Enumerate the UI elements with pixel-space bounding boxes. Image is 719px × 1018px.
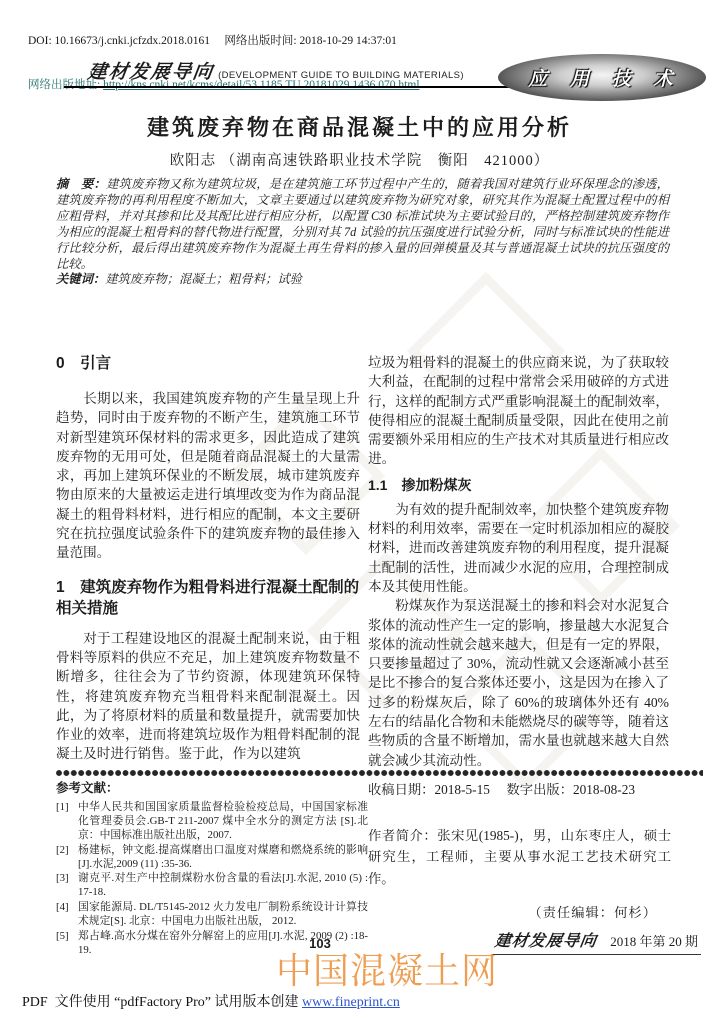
journal-logo-en: (DEVELOPMENT GUIDE TO BUILDING MATERIALS… — [218, 70, 464, 81]
intro-paragraph: 长期以来，我国建筑废弃物的产生量呈现上升趋势，同时由于废弃物的不断产生，建筑施工… — [56, 389, 360, 563]
journal-logo: 建材发展导向 — [86, 57, 216, 84]
fly-ash-paragraph-2: 粉煤灰作为泵送混凝土的掺和料会对水泥复合浆体的流动性产生一定的影响，掺量越大水泥… — [368, 596, 669, 770]
abstract-block: 摘 要：建筑废弃物又称为建筑垃圾，是在建筑施工环节过程中产生的，随着我国对建筑行… — [56, 177, 669, 288]
ref-text: 杨建标，钟文彪.提高煤磨出口温度对煤磨和燃烧系统的影响[J].水泥,2009 (… — [78, 844, 368, 870]
journal-mark: 建材发展导向 2018 年第 20 期 — [492, 928, 701, 955]
author-line: 欧阳志 （湖南高速铁路职业技术学院 衡阳 421000） — [0, 149, 719, 170]
references-block: 参考文献： [1]中华人民共和国国家质量监督检验检疫总局，中国国家标准化管理委员… — [56, 782, 368, 959]
ref-text: 中华人民共和国国家质量监督检验检疫总局，中国国家标准化管理委员会.GB-T 21… — [78, 801, 368, 841]
journal-header: 建材发展导向 (DEVELOPMENT GUIDE TO BUILDING MA… — [58, 57, 494, 84]
abstract-text: 建筑废弃物又称为建筑垃圾，是在建筑施工环节过程中产生的，随着我国对建筑行业环保理… — [56, 177, 669, 271]
issue-label: 2018 年第 20 期 — [610, 934, 698, 949]
article-title: 建筑废弃物在商品混凝土中的应用分析 — [0, 111, 719, 142]
journal-mark-logo: 建材发展导向 — [494, 928, 599, 951]
fly-ash-paragraph-1: 为有效的提升配制效率，加快整个建筑废弃物材料的利用效率，需要在一定时机添加相应的… — [368, 500, 669, 596]
section-1-heading: 1 建筑废弃物作为粗骨料进行混凝土配制的相关措施 — [56, 577, 360, 619]
fineprint-link[interactable]: www.fineprint.cn — [302, 995, 400, 1010]
column-badge-label: 应 用 技 术 — [522, 64, 681, 91]
reference-item: [1]中华人民共和国国家质量监督检验检疫总局，中国国家标准化管理委员会.GB-T… — [56, 801, 368, 843]
keywords-label: 关键词： — [56, 272, 105, 286]
article-notes: 收稿日期：2018-5-15 数字出版：2018-08-23 作者简介：张宋见(… — [368, 779, 671, 924]
abstract-label: 摘 要： — [56, 177, 106, 191]
abstract-paragraph: 摘 要：建筑废弃物又称为建筑垃圾，是在建筑施工环节过程中产生的，随着我国对建筑行… — [56, 177, 669, 272]
ref-number: [5] — [56, 930, 69, 944]
ref-text: 谢克平.对生产中控制煤粉水份含量的看法[J].水泥, 2010 (5) : 17… — [78, 872, 368, 898]
pdf-notice-text: PDF 文件使用 “pdfFactory Pro” 试用版本创建 — [22, 995, 302, 1010]
pdf-notice: PDF 文件使用 “pdfFactory Pro” 试用版本创建 www.fin… — [22, 991, 400, 1011]
site-watermark: 中国混凝土网 — [276, 943, 498, 994]
reference-item: [3]谢克平.对生产中控制煤粉水份含量的看法[J].水泥, 2010 (5) :… — [56, 872, 368, 900]
ref-number: [1] — [56, 801, 69, 815]
section-1-paragraph: 对于工程建设地区的混凝土配制来说，由于粗骨料等原料的供应不充足，加上建筑废弃物数… — [56, 629, 360, 764]
header-rule — [64, 86, 512, 88]
right-column: 垃圾为粗骨料的混凝土的供应商来说，为了获取较大利益，在配制的过程中常常会采用破碎… — [368, 353, 669, 771]
footnote-separator — [55, 769, 703, 777]
keywords-text: 建筑废弃物；混凝土；粗骨料；试验 — [105, 272, 302, 286]
reference-item: [4]国家能源局. DL/T5145-2012 火力发电厂制粉系统设计计算技术规… — [56, 901, 368, 929]
author-bio: 作者简介：张宋见(1985-)，男，山东枣庄人，硕士研究生，工程师，主要从事水泥… — [368, 825, 671, 890]
ref-number: [4] — [56, 901, 69, 915]
ref-text: 国家能源局. DL/T5145-2012 火力发电厂制粉系统设计计算技术规定[S… — [78, 901, 368, 927]
left-column: 0 引言 长期以来，我国建筑废弃物的产生量呈现上升趋势，同时由于废弃物的不断产生… — [56, 353, 360, 771]
continuation-paragraph: 垃圾为粗骨料的混凝土的供应商来说，为了获取较大利益，在配制的过程中常常会采用破碎… — [368, 353, 669, 469]
editor-note: （责任编辑：何杉） — [368, 902, 657, 924]
doi-line: DOI: 10.16673/j.cnki.jcfzdx.2018.0161 网络… — [28, 34, 420, 49]
keywords-line: 关键词：建筑废弃物；混凝土；粗骨料；试验 — [56, 272, 669, 288]
references-label: 参考文献： — [56, 782, 368, 796]
section-1-1-heading: 1.1 掺加粉煤灰 — [368, 476, 669, 494]
reference-item: [2]杨建标，钟文彪.提高煤磨出口温度对煤磨和燃烧系统的影响[J].水泥,200… — [56, 844, 368, 872]
received-date-line: 收稿日期：2018-5-15 数字出版：2018-08-23 — [368, 779, 671, 801]
section-0-heading: 0 引言 — [56, 353, 360, 374]
ref-number: [3] — [56, 872, 69, 886]
paper-page: DOI: 10.16673/j.cnki.jcfzdx.2018.0161 网络… — [0, 0, 719, 1018]
column-badge: 应 用 技 术 — [498, 54, 706, 101]
ref-number: [2] — [56, 844, 69, 858]
